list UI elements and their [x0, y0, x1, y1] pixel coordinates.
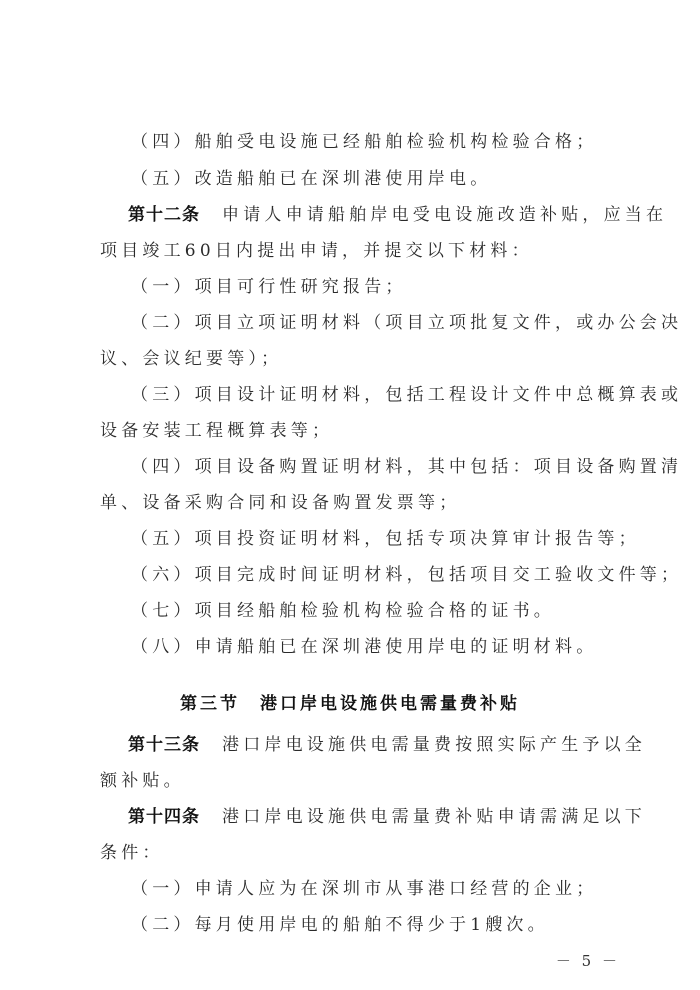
paragraph-line: （三）项目设计证明材料，包括工程设计文件中总概算表或 — [131, 384, 700, 406]
paragraph-line: （五）改造船舶已在深圳港使用岸电。 — [131, 168, 700, 190]
article-heading: 第十二条 — [128, 205, 200, 225]
article-14: 第十四条港口岸电设施供电需量费补贴申请需满足以下 — [128, 806, 700, 828]
paragraph-line: 单、设备采购合同和设备购置发票等； — [100, 492, 700, 514]
paragraph-line: （六）项目完成时间证明材料，包括项目交工验收文件等； — [131, 564, 700, 586]
paragraph-line: 议、会议纪要等）； — [100, 348, 700, 370]
paragraph-line: （五）项目投资证明材料，包括专项决算审计报告等； — [131, 528, 700, 550]
page-number: － 5 － — [556, 950, 620, 971]
article-heading: 第十三条 — [128, 735, 200, 755]
article-heading: 第十四条 — [128, 807, 200, 827]
article-text: 港口岸电设施供电需量费补贴申请需满足以下 — [222, 807, 646, 827]
paragraph-line: （八）申请船舶已在深圳港使用岸电的证明材料。 — [131, 636, 700, 658]
paragraph-line: （七）项目经船舶检验机构检验合格的证书。 — [131, 600, 700, 622]
paragraph-line: 条件： — [100, 842, 700, 864]
section-heading: 第三节 港口岸电设施供电需量费补贴 — [0, 689, 700, 714]
paragraph-line: 设备安装工程概算表等； — [100, 420, 700, 442]
article-text: 申请人申请船舶岸电受电设施改造补贴，应当在 — [222, 205, 667, 225]
article-13: 第十三条港口岸电设施供电需量费按照实际产生予以全 — [128, 734, 700, 756]
paragraph-line: （二）项目立项证明材料（项目立项批复文件，或办公会决 — [131, 312, 700, 334]
paragraph-line: 额补贴。 — [100, 770, 700, 792]
paragraph-line: （一）项目可行性研究报告； — [131, 276, 700, 298]
paragraph-line: （四）项目设备购置证明材料，其中包括：项目设备购置清 — [131, 456, 700, 478]
document-page: （四）船舶受电设施已经船舶检验机构检验合格； （五）改造船舶已在深圳港使用岸电。… — [0, 0, 700, 990]
paragraph-line: （一）申请人应为在深圳市从事港口经营的企业； — [131, 878, 700, 900]
paragraph-line: （四）船舶受电设施已经船舶检验机构检验合格； — [131, 131, 700, 153]
article-12: 第十二条申请人申请船舶岸电受电设施改造补贴，应当在 — [128, 204, 700, 226]
paragraph-line: 项目竣工60日内提出申请，并提交以下材料： — [100, 240, 700, 262]
paragraph-line: （二）每月使用岸电的船舶不得少于1艘次。 — [131, 914, 700, 936]
article-text: 港口岸电设施供电需量费按照实际产生予以全 — [222, 735, 646, 755]
